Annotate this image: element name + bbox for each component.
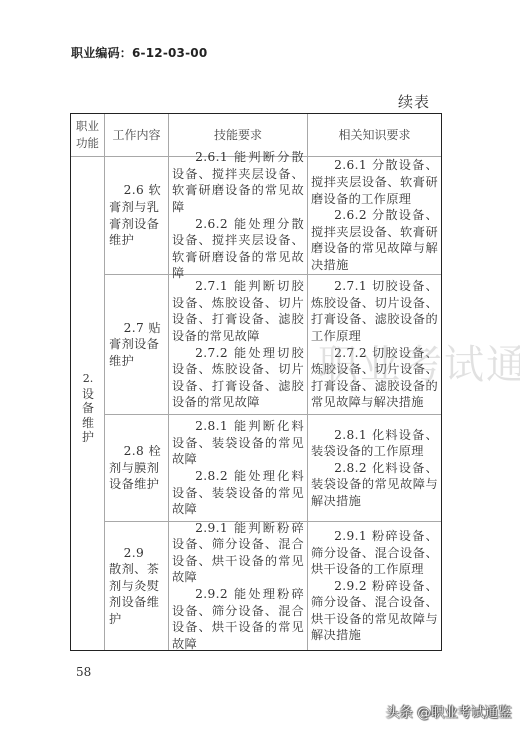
table-row-skills-2-8: 2.8.1 能判断化料设备、装袋设备的常见故障 2.8.2 能处理化料设备、装袋…: [169, 415, 307, 521]
function-char: 设: [71, 387, 105, 402]
continued-table-label: 续表: [398, 91, 430, 112]
knowledge-item: 2.8.1 化料设备、装袋设备的工作原理: [311, 427, 438, 460]
knowledge-item: 2.6.1 分散设备、搅拌夹层设备、软膏研磨设备的工作原理: [311, 157, 438, 207]
skill-item: 2.7.2 能处理切胶设备、炼胶设备、切片设备、打膏设备、滤胶设备的常见故障: [172, 345, 304, 411]
knowledge-item: 2.7.1 切胶设备、炼胶设备、切片设备、打膏设备、滤胶设备的工作原理: [311, 278, 438, 344]
header-occupation-function: 职业 功能: [71, 114, 104, 156]
skill-item: 2.8.1 能判断化料设备、装袋设备的常见故障: [172, 418, 304, 468]
work-content-text: 2.8 栓剂与膜剂设备维护: [109, 443, 164, 493]
table-row-work-2-8: 2.8 栓剂与膜剂设备维护: [105, 415, 168, 521]
source-watermark: 头条 @职业考试通鉴: [386, 701, 512, 721]
table-row-work-2-7: 2.7 贴膏剂设备维护: [105, 275, 168, 414]
knowledge-item: 2.7.2 切胶设备、炼胶设备、切片设备、打膏设备、滤胶设备的常见故障与解决措施: [311, 345, 438, 411]
header-knowledge-requirements: 相关知识要求: [308, 114, 441, 156]
skill-item: 2.6.2 能处理分散设备、搅拌夹层设备、软膏研磨设备的常见故障: [172, 216, 304, 282]
work-content-text: 2.6 软膏剂与乳膏剂设备维护: [109, 182, 164, 248]
header-func-line2: 功能: [76, 135, 99, 152]
knowledge-item: 2.9.2 粉碎设备、筛分设备、混合设备、烘干设备的常见故障与解决措施: [311, 578, 438, 644]
function-char: 备: [71, 401, 105, 416]
work-content-text: 2.9 散剂、茶剂与灸熨剂设备维护: [109, 545, 164, 628]
table-row-knowledge-2-6: 2.6.1 分散设备、搅拌夹层设备、软膏研磨设备的工作原理 2.6.2 分散设备…: [308, 157, 441, 274]
skill-item: 2.6.1 能判断分散设备、搅拌夹层设备、软膏研磨设备的常见故障: [172, 149, 304, 215]
header-func-line1: 职业: [76, 118, 99, 135]
table-row-skills-2-7: 2.7.1 能判断切胶设备、炼胶设备、切片设备、打膏设备、滤胶设备的常见故障 2…: [169, 275, 307, 414]
skill-item: 2.9.1 能判断粉碎设备、筛分设备、混合设备、烘干设备的常见故障: [172, 520, 304, 586]
function-number: 2.: [71, 372, 105, 387]
skill-item: 2.8.2 能处理化料设备、装袋设备的常见故障: [172, 468, 304, 518]
function-char: 护: [71, 430, 105, 445]
table-row-knowledge-2-7: 2.7.1 切胶设备、炼胶设备、切片设备、打膏设备、滤胶设备的工作原理 2.7.…: [308, 275, 441, 414]
header-work-content: 工作内容: [105, 114, 168, 156]
function-label: 2. 设 备 维 护: [71, 372, 105, 445]
function-char: 维: [71, 416, 105, 431]
page-number: 58: [76, 665, 91, 679]
table-row-knowledge-2-9: 2.9.1 粉碎设备、筛分设备、混合设备、烘干设备的工作原理 2.9.2 粉碎设…: [308, 522, 441, 650]
knowledge-item: 2.8.2 化料设备、装袋设备的常见故障与解决措施: [311, 460, 438, 510]
skill-item: 2.7.1 能判断切胶设备、炼胶设备、切片设备、打膏设备、滤胶设备的常见故障: [172, 278, 304, 344]
table-row-knowledge-2-8: 2.8.1 化料设备、装袋设备的工作原理 2.8.2 化料设备、装袋设备的常见故…: [308, 415, 441, 521]
table-row-work-2-9: 2.9 散剂、茶剂与灸熨剂设备维护: [105, 522, 168, 650]
skills-table: 职业 功能 工作内容 技能要求 相关知识要求 2. 设 备 维 护 2.6 软膏…: [70, 113, 442, 651]
table-row-skills-2-9: 2.9.1 能判断粉碎设备、筛分设备、混合设备、烘干设备的常见故障 2.9.2 …: [169, 522, 307, 650]
table-row-skills-2-6: 2.6.1 能判断分散设备、搅拌夹层设备、软膏研磨设备的常见故障 2.6.2 能…: [169, 157, 307, 274]
work-content-text: 2.7 贴膏剂设备维护: [109, 320, 164, 370]
table-row-work-2-6: 2.6 软膏剂与乳膏剂设备维护: [105, 157, 168, 274]
occupation-code: 职业编码：6-12-03-00: [71, 44, 207, 61]
knowledge-item: 2.9.1 粉碎设备、筛分设备、混合设备、烘干设备的工作原理: [311, 528, 438, 578]
skill-item: 2.9.2 能处理粉碎设备、筛分设备、混合设备、烘干设备的常见故障: [172, 586, 304, 652]
knowledge-item: 2.6.2 分散设备、搅拌夹层设备、软膏研磨设备的常见故障与解决措施: [311, 207, 438, 273]
